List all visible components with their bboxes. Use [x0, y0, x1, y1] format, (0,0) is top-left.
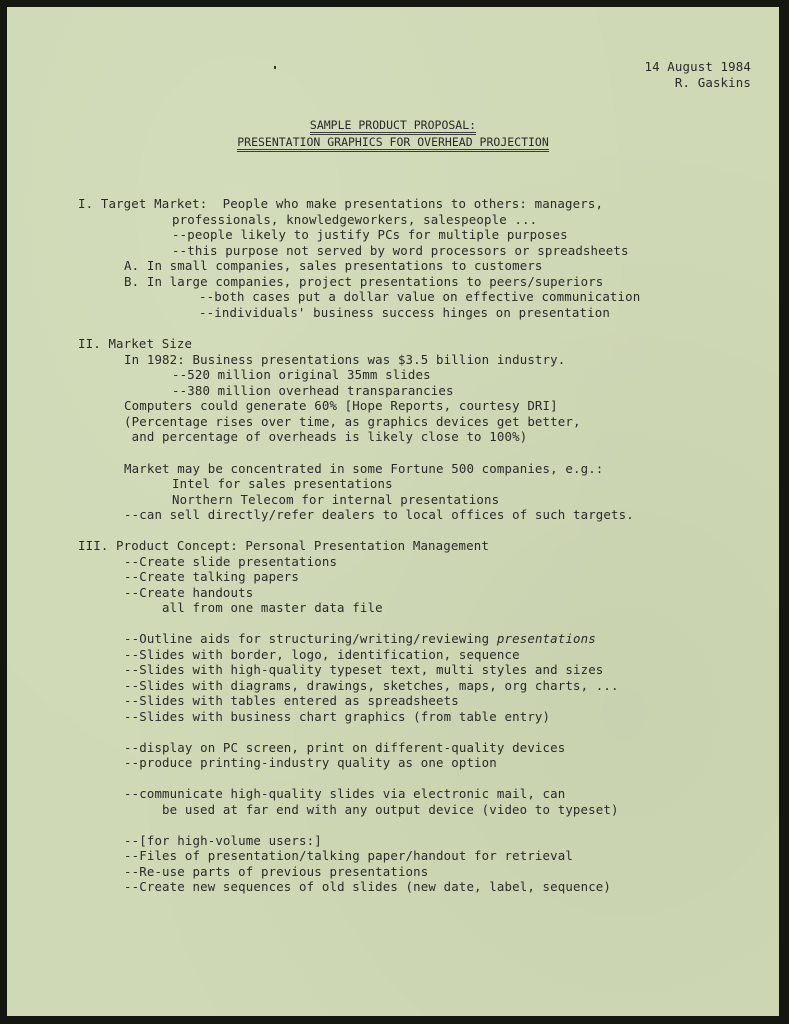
section-1-line: --people likely to justify PCs for multi… — [172, 227, 568, 243]
document-date: 14 August 1984 — [644, 59, 751, 75]
section-1-item-a: A. In small companies, sales presentatio… — [124, 258, 543, 274]
document-page: 14 August 1984 R. Gaskins SAMPLE PRODUCT… — [7, 7, 779, 1016]
section-3-line: --Slides with tables entered as spreadsh… — [124, 693, 459, 709]
section-3-line: --Re-use parts of previous presentations — [124, 864, 428, 880]
section-1-line: professionals, knowledgeworkers, salespe… — [172, 212, 537, 228]
section-3-line: --Slides with high-quality typeset text,… — [124, 662, 603, 678]
section-3-line: --produce printing-industry quality as o… — [124, 755, 497, 771]
section-3-line: --Slides with border, logo, identificati… — [124, 647, 520, 663]
section-3-line: --Outline aids for structuring/writing/r… — [124, 631, 596, 647]
section-1-line: --this purpose not served by word proces… — [172, 243, 629, 259]
section-2-line: --380 million overhead transparancies — [172, 383, 454, 399]
document-title-line-2: PRESENTATION GRAPHICS FOR OVERHEAD PROJE… — [7, 135, 779, 149]
section-3-line: --Create handouts — [124, 585, 253, 601]
outline-aids-text: --Outline aids for structuring/writing/r… — [124, 631, 497, 646]
section-2-line: Computers could generate 60% [Hope Repor… — [124, 398, 558, 414]
section-3-heading: III. Product Concept: Personal Presentat… — [78, 538, 489, 554]
section-3-line: be used at far end with any output devic… — [162, 802, 619, 818]
section-2-line: --can sell directly/refer dealers to loc… — [124, 507, 634, 523]
section-2-line: Market may be concentrated in some Fortu… — [124, 461, 603, 477]
section-3-line: --Create new sequences of old slides (ne… — [124, 879, 611, 895]
section-3-line: --Slides with business chart graphics (f… — [124, 709, 550, 725]
section-2-heading: II. Market Size — [78, 336, 192, 352]
italic-word: presentations — [497, 631, 596, 646]
section-1-item-b: B. In large companies, project presentat… — [124, 274, 603, 290]
section-2-line: Intel for sales presentations — [172, 476, 393, 492]
title-text-1: SAMPLE PRODUCT PROPOSAL: — [310, 118, 476, 135]
section-3-line: all from one master data file — [162, 600, 383, 616]
section-2-line: In 1982: Business presentations was $3.5… — [124, 352, 565, 368]
section-2-line: --520 million original 35mm slides — [172, 367, 431, 383]
section-3-line: --communicate high-quality slides via el… — [124, 786, 565, 802]
section-3-line: --Files of presentation/talking paper/ha… — [124, 848, 573, 864]
section-2-line: and percentage of overheads is likely cl… — [124, 429, 527, 445]
ink-speck — [274, 66, 276, 69]
title-text-2: PRESENTATION GRAPHICS FOR OVERHEAD PROJE… — [237, 135, 549, 152]
section-2-line: Northern Telecom for internal presentati… — [172, 492, 499, 508]
section-3-line: --Slides with diagrams, drawings, sketch… — [124, 678, 619, 694]
section-3-line: --Create talking papers — [124, 569, 299, 585]
section-1-line: --both cases put a dollar value on effec… — [199, 289, 640, 305]
document-title-line-1: SAMPLE PRODUCT PROPOSAL: — [7, 118, 779, 132]
section-3-line: --Create slide presentations — [124, 554, 337, 570]
document-author: R. Gaskins — [675, 75, 751, 91]
section-2-line: (Percentage rises over time, as graphics… — [124, 414, 581, 430]
section-3-line: --[for high-volume users:] — [124, 833, 322, 849]
section-1-heading: I. Target Market: People who make presen… — [78, 196, 603, 212]
section-1-line: --individuals' business success hinges o… — [199, 305, 610, 321]
section-3-line: --display on PC screen, print on differe… — [124, 740, 565, 756]
